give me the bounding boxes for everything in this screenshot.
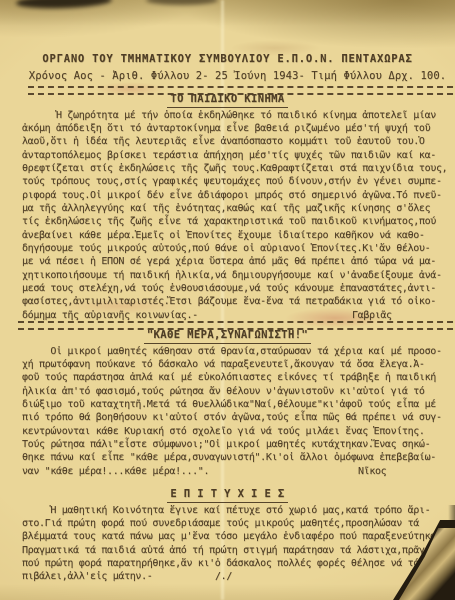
typed-line: ἀνταρτοπόλεμος βρίσκει τεράστια ἀπήχηση … bbox=[0, 149, 455, 162]
article-closing-line: πιβάλει,ἀλλ'εἰς μάτην.-/./ bbox=[0, 570, 455, 583]
dark-edge-stain bbox=[146, 0, 218, 5]
typed-line: λαοῦ,ὅτι ἡ ἰδέα τῆς λευτεριᾶς εἶνε ἀναπό… bbox=[0, 135, 455, 148]
article-heading: "ΚΑΘΕ ΜΕΡΑ,ΣΥΝΑΓΩΝΙΣΤΗ!" bbox=[0, 329, 455, 344]
document-page: ΟΡΓΑΝΟ ΤΟΥ ΤΜΗΜΑΤΙΚΟΥ ΣΥΜΒΟΥΛΙΟΥ Ε.Π.Ο.Ν… bbox=[0, 0, 455, 600]
article-kathe-mera: "ΚΑΘΕ ΜΕΡΑ,ΣΥΝΑΓΩΝΙΣΤΗ!" Οἱ μικροί μαθητ… bbox=[0, 329, 455, 478]
article-heading-text: ΤΟ ΠΑΙΔΙΚΟ ΚΙΝΗΜΑ bbox=[167, 93, 287, 108]
article-body: Οἱ μικροί μαθητές κάθησαν στά θρανία,στα… bbox=[0, 345, 455, 465]
typed-line: πού πρώτη φορά παρατηρήθηκε,ἄν κι'ὁ δάσκ… bbox=[0, 557, 455, 570]
article-body: Ἡ ζωηρότητα μέ τήν ὁποία ἐκδηλώθηκε τό π… bbox=[0, 109, 455, 309]
typed-line: διώξιμο τοῦ καταχτητῆ.Μετά τά θυελλώδικα… bbox=[0, 398, 455, 411]
typed-line: με νά πέσει ἡ ΕΠΟΝ σέ γερά χέρια ὕστερα … bbox=[0, 255, 455, 268]
closing-text: δόμημα τῆς αὐριανῆς κοινωνίας.- bbox=[22, 310, 198, 321]
typed-line: Οἱ μικροί μαθητές κάθησαν στά θρανία,στα… bbox=[0, 345, 455, 358]
typed-line: χητικοποιήσουμε τή παιδική ἡλικία,νά δημ… bbox=[0, 269, 455, 282]
typed-line: τίς ἐκδηλώσεις τῆς ζωῆς εἶνε τά χαρακτηρ… bbox=[0, 215, 455, 228]
typed-line: Τούς ρώτησα πάλι"εἶστε σύμφωνοι;"Οἱ μικρ… bbox=[0, 438, 455, 451]
typed-line: στο.Γιά πρώτη φορά πού συνεδριάσαμε τούς… bbox=[0, 517, 455, 530]
typed-line: ριφορά τους.Οἱ μικροί δέν εἶνε ἀδιάφοροι… bbox=[0, 189, 455, 202]
typed-line: πιό τρόπο θά βοηθήσουν κι'αὐτοί στόν ἀγῶ… bbox=[0, 411, 455, 424]
typed-line: φοῦ τούς παράστησα ἁπλά καί μέ εὐκολόπια… bbox=[0, 371, 455, 384]
article-heading-text: Ε Π Ι Τ Υ Χ Ι Ε Σ bbox=[167, 488, 287, 503]
typed-line: Πραγματικά τά παιδιά αὐτά ἀπό τή πρώτη σ… bbox=[0, 544, 455, 557]
article-heading: Ε Π Ι Τ Υ Χ Ι Ε Σ bbox=[0, 488, 455, 503]
masthead-issue-line: Χρόνος Αος - Ἀριθ. Φύλλου 2- 25 Ἰούνη 19… bbox=[24, 70, 451, 82]
typed-line: μεσά τους στελέχη,νά τούς ἐνθουσιάσουμε,… bbox=[0, 282, 455, 295]
typed-line: ἀκόμη ἀπόδειξη ὅτι τό ἀνταρτοκίνημα εἶνε… bbox=[0, 122, 455, 135]
article-closing-line: ναν "κάθε μέρα!...κάθε μέρα!...".Νῖκος bbox=[0, 465, 455, 478]
typed-line: θηκε πάνω καί εἶπε "κάθε μέρα,συναγωνιστ… bbox=[0, 451, 455, 464]
closing-text: πιβάλει,ἀλλ'εἰς μάτην.- bbox=[22, 571, 152, 582]
typed-line: ἡλικία ἀπ'τό φασισμό,τούς ρώτησα ἄν θέλο… bbox=[0, 385, 455, 398]
end-mark: /./ bbox=[215, 570, 232, 583]
typed-line: βλέμματά τους κατά πάνω μας μ'ἕνα τόσο μ… bbox=[0, 530, 455, 543]
dark-edge-stain bbox=[16, 0, 112, 10]
typed-line: θρεφτίζεται στίς ἐκδηλώσεις τῆς ζωῆς του… bbox=[0, 162, 455, 175]
typed-line: χή πρωτόφανη πούκανε τό δάσκαλο νά παραξ… bbox=[0, 358, 455, 371]
typed-line: κεντρώνονται κάθε Κυριακή στό σχολεῖο γι… bbox=[0, 425, 455, 438]
masthead-title: ΟΡΓΑΝΟ ΤΟΥ ΤΜΗΜΑΤΙΚΟΥ ΣΥΜΒΟΥΛΙΟΥ Ε.Π.Ο.Ν… bbox=[0, 53, 455, 65]
article-closing-line: δόμημα τῆς αὐριανῆς κοινωνίας.-Γαβριᾶς bbox=[0, 309, 455, 322]
signature: Νῖκος bbox=[358, 465, 386, 478]
article-body: Ἡ μαθητική Κοινότητα ἔγινε καί πέτυχε στ… bbox=[0, 504, 455, 571]
article-epityxies: Ε Π Ι Τ Υ Χ Ι Ε Σ Ἡ μαθητική Κοινότητα ἔ… bbox=[0, 488, 455, 584]
article-paidiko-kinima: ΤΟ ΠΑΙΔΙΚΟ ΚΙΝΗΜΑ Ἡ ζωηρότητα μέ τήν ὁπο… bbox=[0, 93, 455, 322]
typed-line: τούς τρόπους τους,στίς γραφικές ψευτομάχ… bbox=[0, 175, 455, 188]
typed-line: μα τῆς ἀλληλεγγύης καί τῆς ἑνότητας,καθώ… bbox=[0, 202, 455, 215]
typed-line: Ἡ ζωηρότητα μέ τήν ὁποία ἐκδηλώθηκε τό π… bbox=[0, 109, 455, 122]
typed-line: ἀνεβαίνει κάθε μέρα.Ἐμεῖς οἱ Ἐπονίτες ἔχ… bbox=[0, 229, 455, 242]
signature: Γαβριᾶς bbox=[352, 309, 392, 322]
typed-line: Ἡ μαθητική Κοινότητα ἔγινε καί πέτυχε στ… bbox=[0, 504, 455, 517]
typed-line: φασίστες,ἀντιμιλιταριστές.Ἔτσι βάζουμε ἕ… bbox=[0, 295, 455, 308]
article-heading-text: "ΚΑΘΕ ΜΕΡΑ,ΣΥΝΑΓΩΝΙΣΤΗ!" bbox=[144, 329, 311, 344]
closing-text: ναν "κάθε μέρα!...κάθε μέρα!...". bbox=[22, 466, 209, 477]
article-heading: ΤΟ ΠΑΙΔΙΚΟ ΚΙΝΗΜΑ bbox=[0, 93, 455, 108]
typed-line: δηγήσουμε τούς μικρούς αὐτούς,πού θάνε ο… bbox=[0, 242, 455, 255]
